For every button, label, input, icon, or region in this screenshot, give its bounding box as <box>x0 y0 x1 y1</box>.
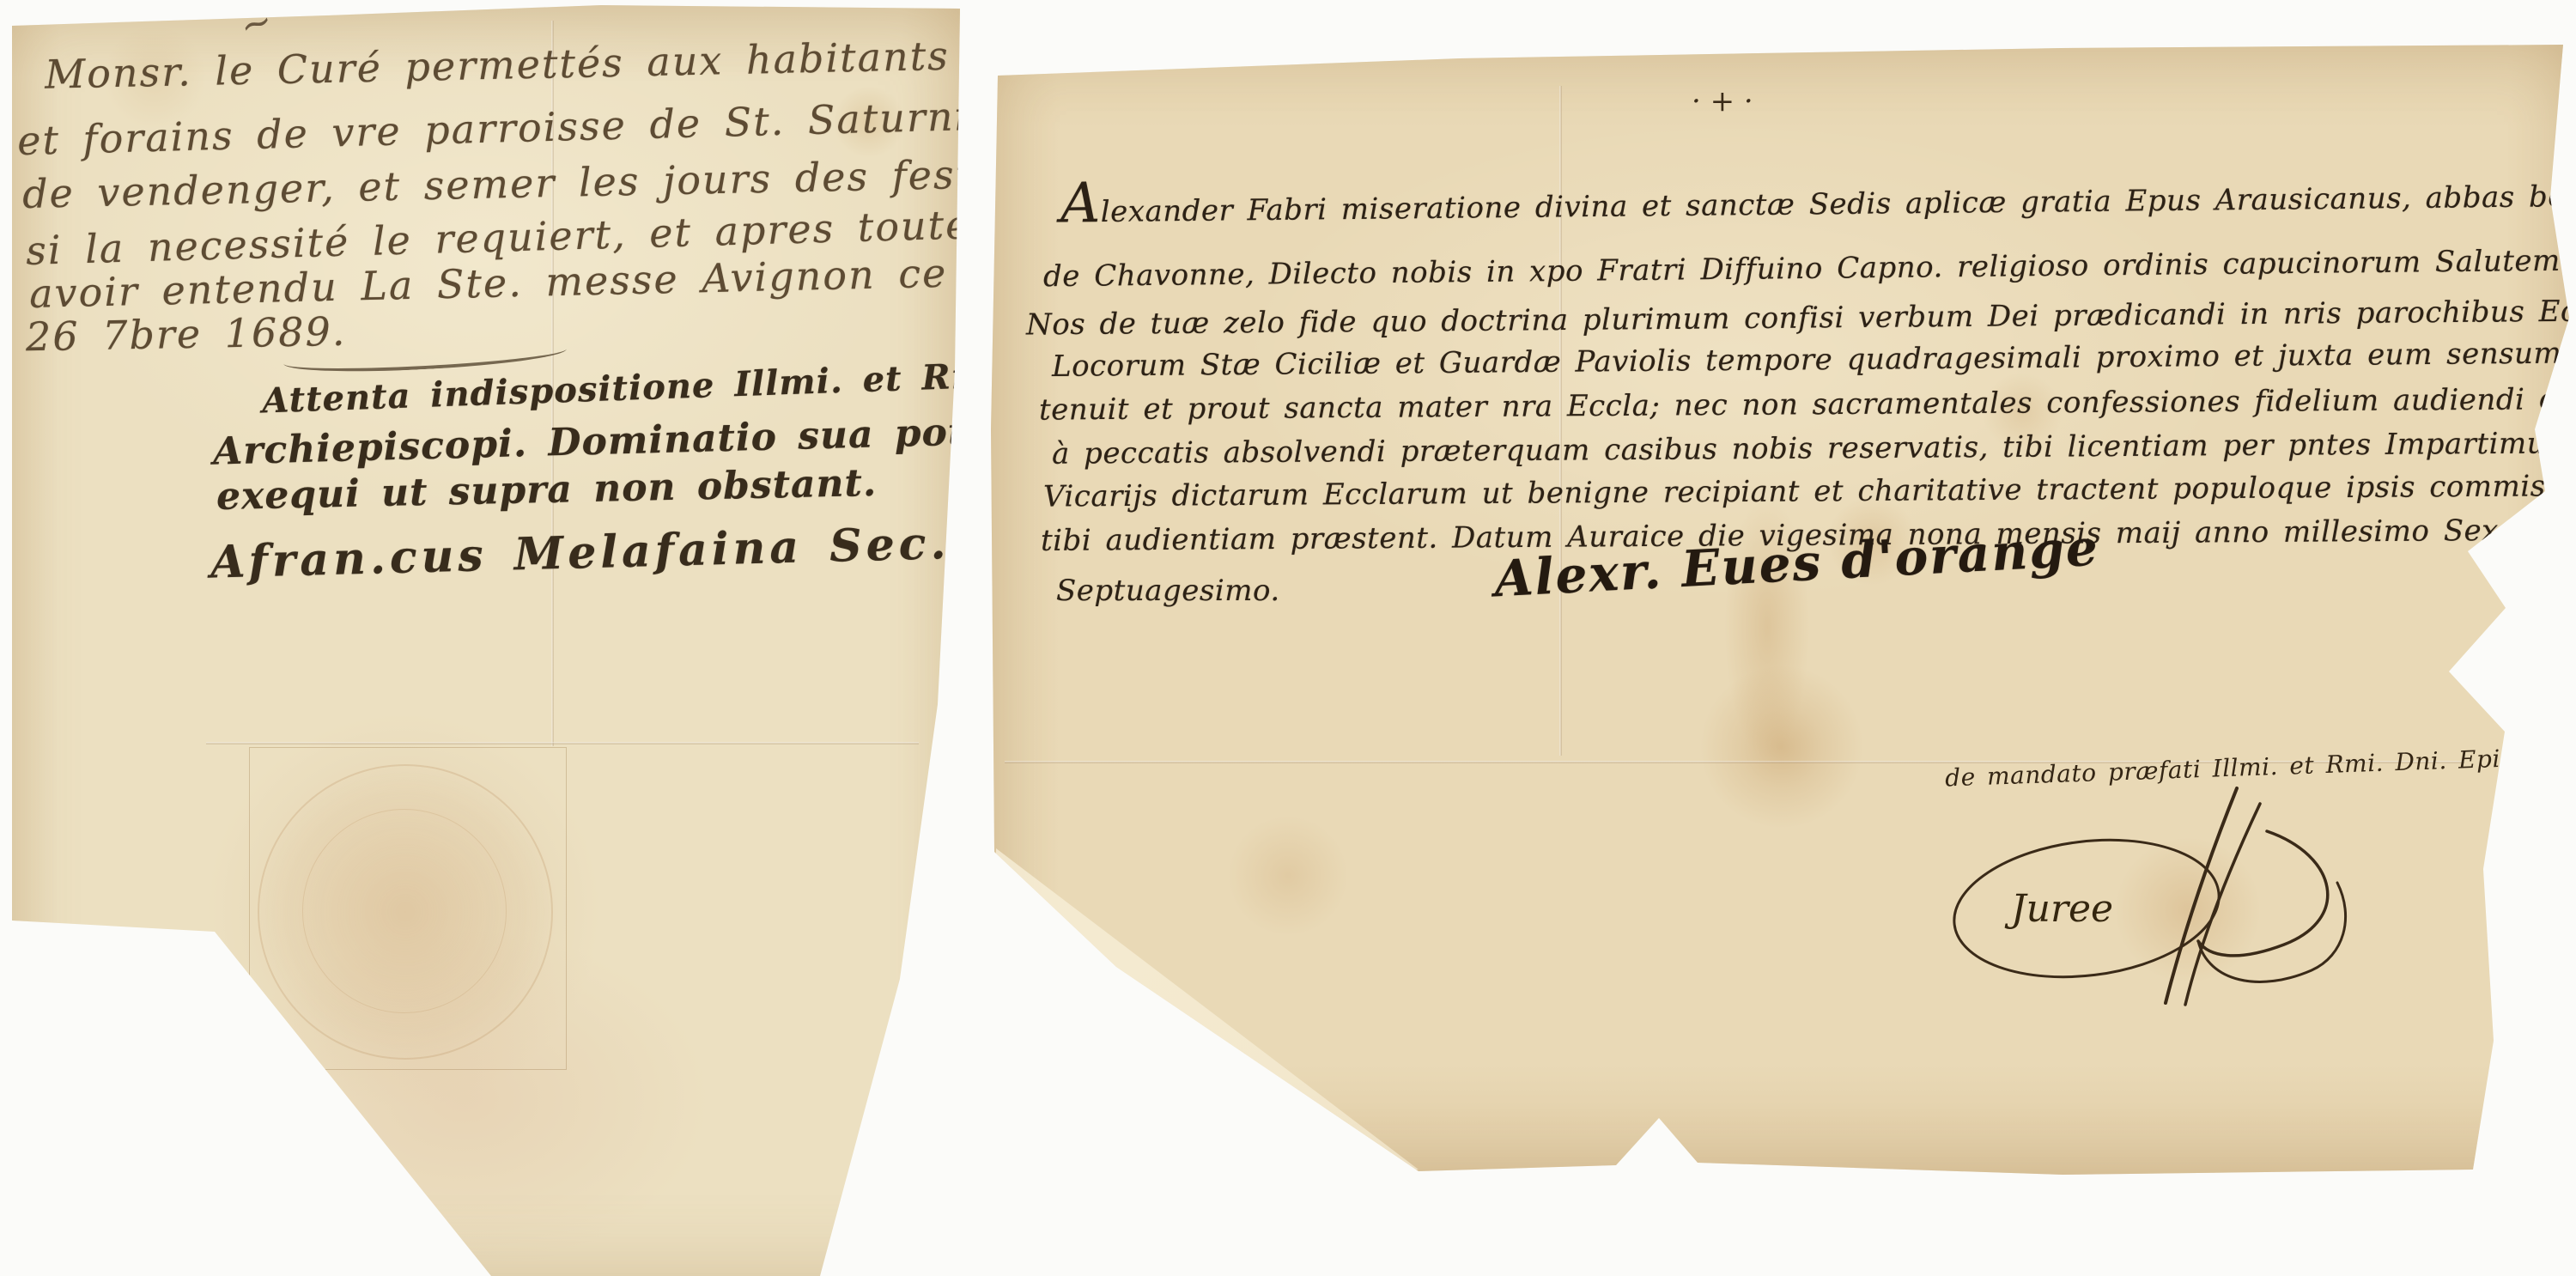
right-manuscript-page: · + · Alexander Fabri miseratione divina… <box>979 34 2576 1185</box>
paraph-flourish: Juree <box>1941 780 2421 1037</box>
text-line: Locorum Stæ Ciciliæ et Guardæ Paviolis t… <box>1052 334 2576 384</box>
pen-trial-mark: ~ <box>234 0 278 49</box>
text-line: Vicarijs dictarum Ecclarum ut benigne re… <box>1043 468 2576 513</box>
text-line: à peccatis absolvendi præterquam casibus… <box>1052 425 2576 471</box>
embossed-seal-inner-ring <box>302 809 507 1013</box>
invocation-cross: · + · <box>1692 84 1753 118</box>
text-line: de Chavonne, Dilecto nobis in xpo Fratri… <box>1043 242 2576 295</box>
text-line: Alexander Fabri miseratione divina et sa… <box>1060 173 2576 230</box>
dateline-end: Septuagesimo. <box>1056 574 1280 608</box>
scan-background: { "page": { "background": "#fbfbf9" }, "… <box>0 0 2576 1276</box>
paraph-stroke <box>2166 788 2237 1003</box>
text-line: Nos de tuæ zelo fide quo doctrina plurim… <box>1026 294 2576 343</box>
text-line: 26 7bre 1689. <box>26 308 347 361</box>
left-manuscript-page: ~ Monsr. le Curé permettés aux habitants… <box>0 0 970 1276</box>
text-line: Monsr. le Curé permettés aux habitants — <box>45 31 1014 98</box>
secretary-signature: Afran.cus Melafaina Sec.ius <box>210 514 1038 588</box>
paraph-name: Juree <box>2004 887 2113 931</box>
text-line: tenuit et prout sancta mater nra Eccla; … <box>1039 380 2576 427</box>
fold-crease-horizontal <box>206 742 919 744</box>
